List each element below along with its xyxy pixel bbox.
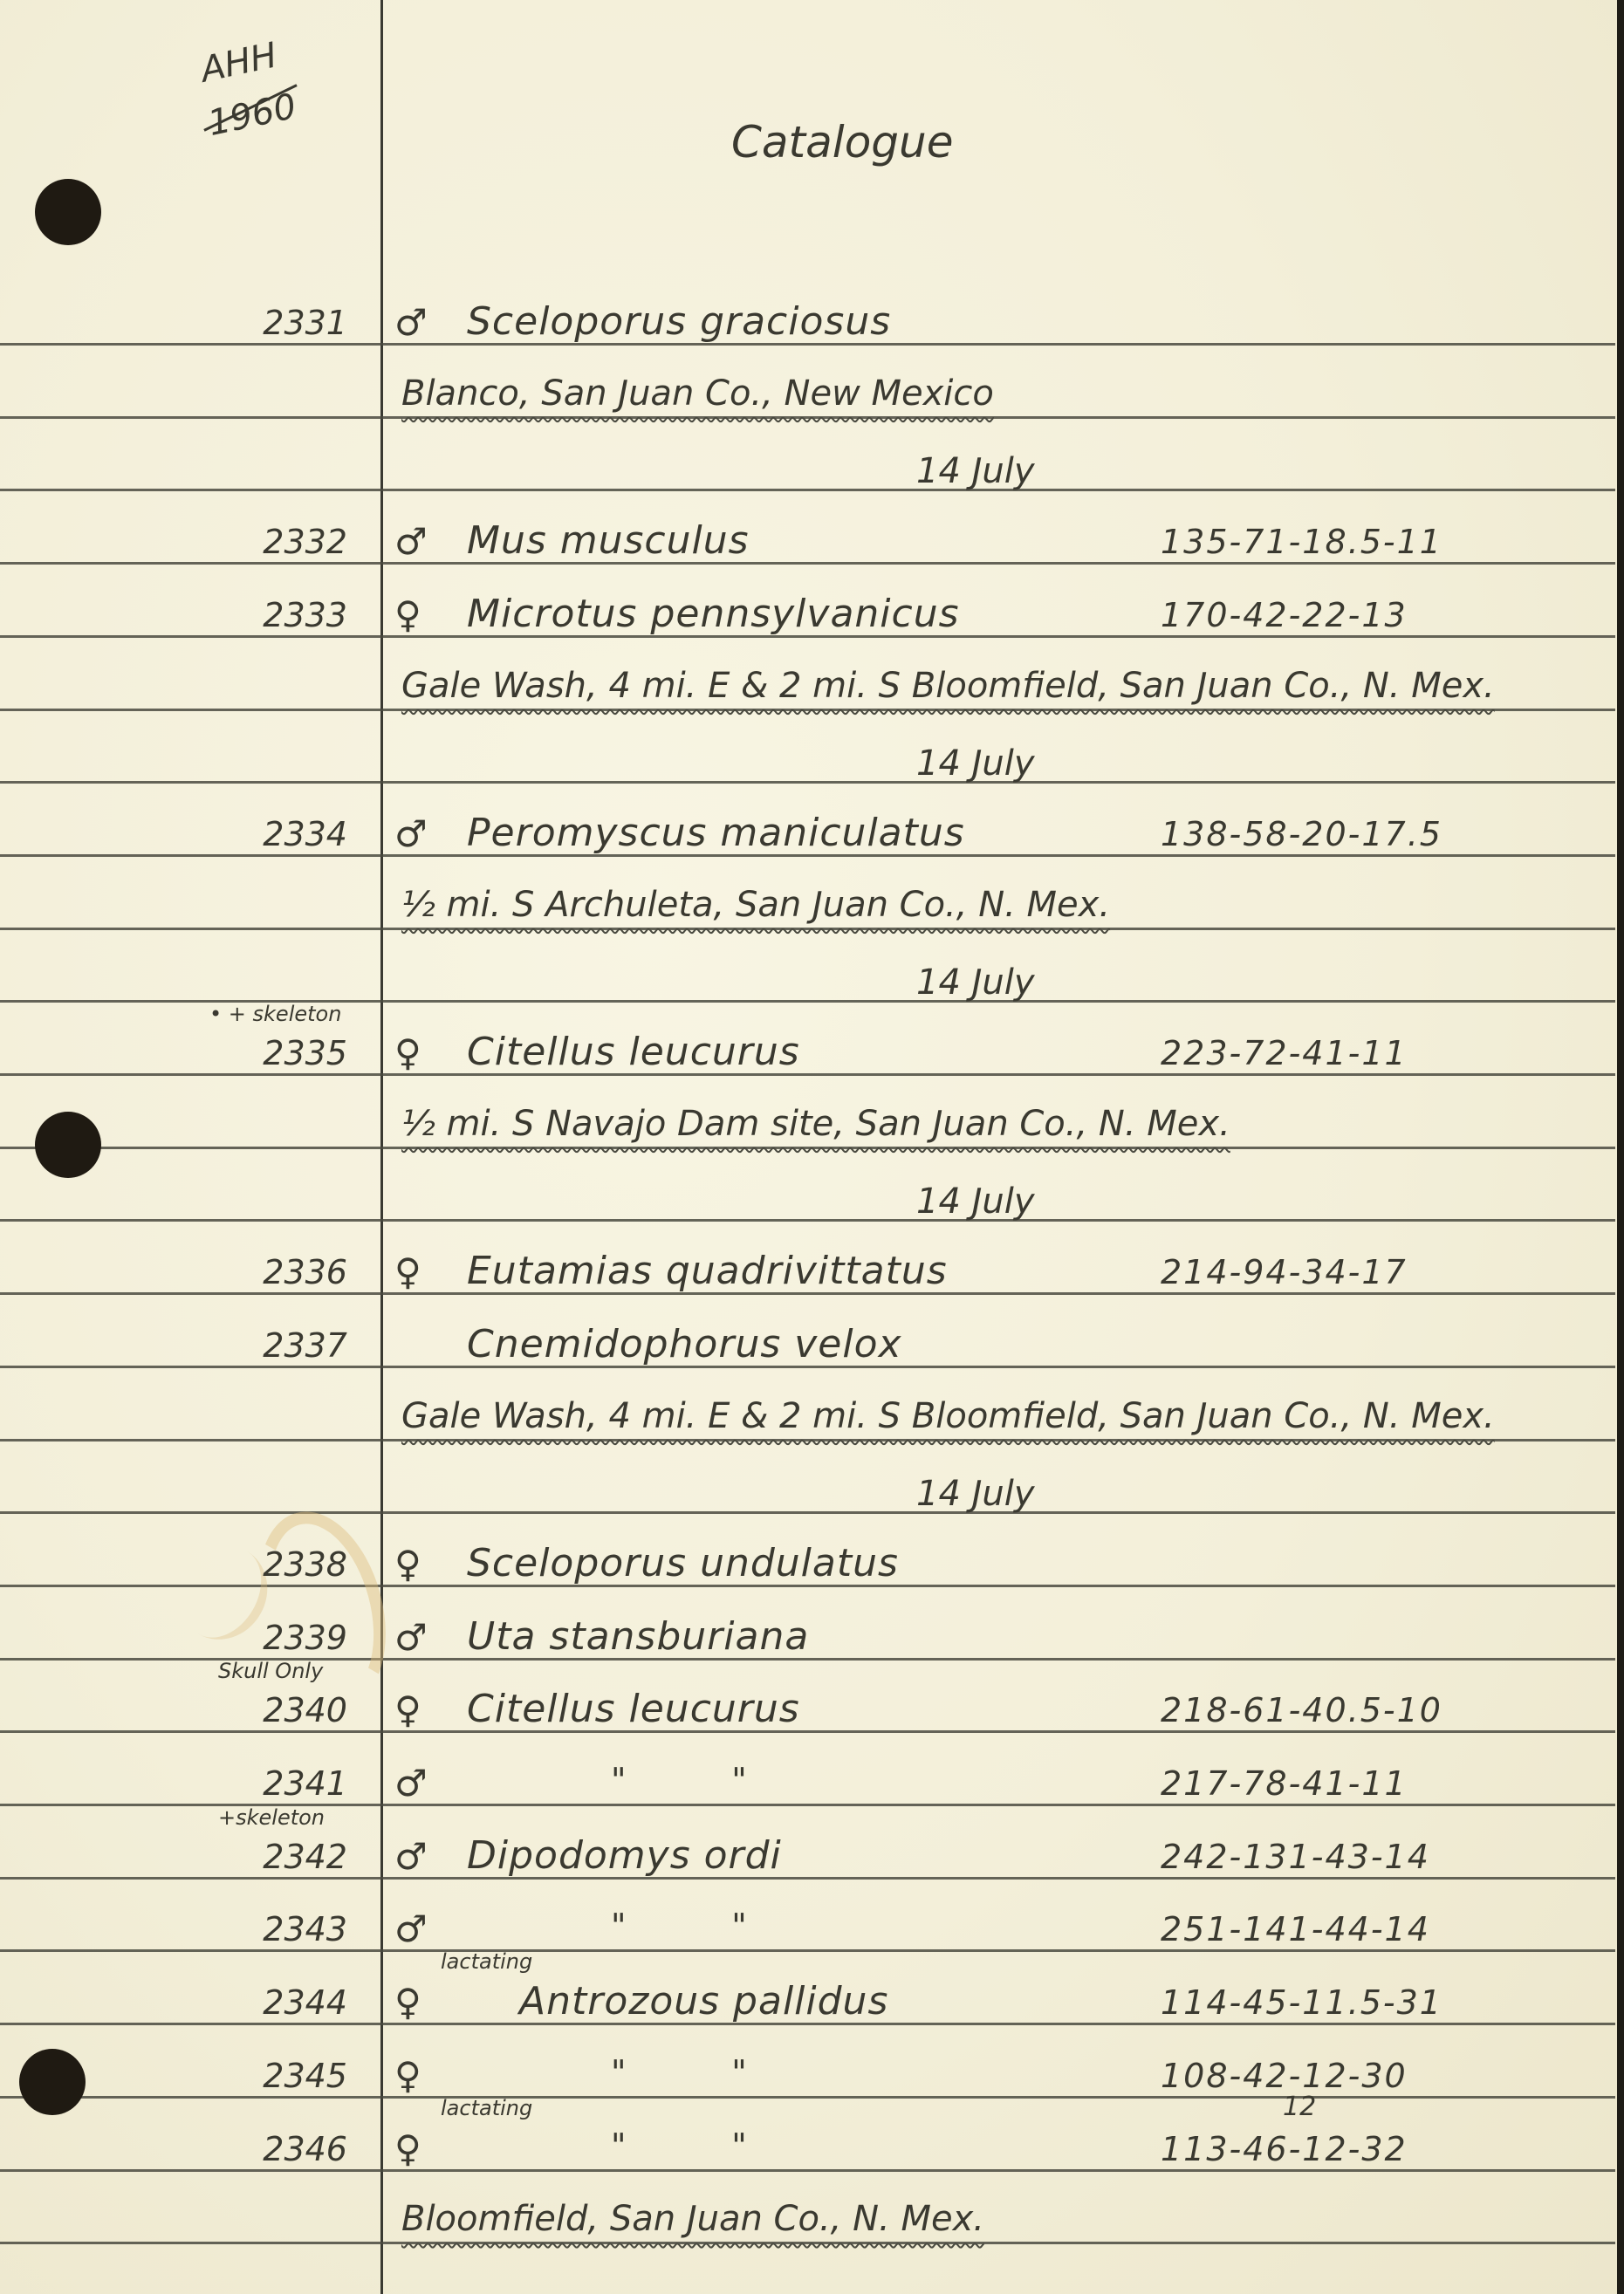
measurements: 214-94-34-17 <box>1161 1256 1408 1289</box>
catalog-number: 2338 <box>190 1548 347 1581</box>
locality: ½ mi. S Navajo Dam site, San Juan Co., N… <box>401 1106 1230 1141</box>
species-name: Citellus leucurus <box>467 1690 800 1729</box>
ruled-line <box>0 1439 1615 1441</box>
measurements: 170-42-22-13 <box>1161 599 1408 632</box>
catalog-number: 2333 <box>190 599 347 632</box>
catalog-number: 2332 <box>190 525 347 558</box>
species-name: Citellus leucurus <box>467 1033 800 1072</box>
punch-hole-top <box>35 179 101 245</box>
page-edge <box>1617 0 1624 2294</box>
catalog-number: 2346 <box>190 2133 347 2166</box>
catalog-number: 2334 <box>190 818 347 851</box>
specimen-note: +skeleton <box>218 1807 325 1828</box>
female-symbol-icon: ♀ <box>394 1035 421 1072</box>
female-symbol-icon: ♀ <box>394 1984 421 2021</box>
condition-note: lactating <box>441 1951 532 1972</box>
punch-hole-bottom <box>19 2049 86 2115</box>
catalog-number: 2339 <box>190 1621 347 1654</box>
species-name: Antrozous pallidus <box>519 1982 888 2021</box>
species-name: Uta stansburiana <box>467 1618 809 1656</box>
measurements: 114-45-11.5-31 <box>1161 1986 1442 2019</box>
measurements: 108-42-12-30 <box>1161 2059 1408 2092</box>
species-name: Peromyscus maniculatus <box>467 814 965 853</box>
ruled-line <box>0 709 1615 711</box>
catalog-number: 2335 <box>190 1037 347 1070</box>
species-name: Microtus pennsylvanicus <box>467 595 960 633</box>
ruled-line <box>0 1730 1615 1733</box>
ruled-line <box>0 2169 1615 2172</box>
male-symbol-icon: ♂ <box>394 816 428 853</box>
locality: Gale Wash, 4 mi. E & 2 mi. S Bloomfield,… <box>401 668 1495 703</box>
collection-date: 14 July <box>916 454 1035 489</box>
catalog-number: 2341 <box>190 1767 347 1800</box>
measurements: 223-72-41-11 <box>1161 1037 1408 1070</box>
collection-date: 14 July <box>916 1476 1035 1511</box>
female-symbol-icon: ♀ <box>394 1546 421 1583</box>
measurements: 135-71-18.5-11 <box>1161 525 1442 558</box>
catalog-number: 2343 <box>190 1913 347 1946</box>
catalogue-page: AHH 1960 Catalogue 2331♂Sceloporus graci… <box>0 0 1624 2294</box>
specimen-note: • + skeleton <box>209 1003 341 1024</box>
species-name: Eutamias quadrivittatus <box>467 1252 948 1291</box>
ruled-line <box>0 562 1615 565</box>
collection-year: 1960 <box>205 89 299 141</box>
collection-date: 14 July <box>916 965 1035 1000</box>
catalog-number: 2340 <box>190 1694 347 1727</box>
species-name: " " <box>611 1763 747 1797</box>
ruled-line <box>0 416 1615 419</box>
condition-note: lactating <box>441 2098 532 2119</box>
female-symbol-icon: ♀ <box>394 1254 421 1291</box>
male-symbol-icon: ♂ <box>394 1911 428 1948</box>
measurements: 217-78-41-11 <box>1161 1767 1408 1800</box>
species-name: " " <box>611 2056 747 2089</box>
locality: Bloomfield, San Juan Co., N. Mex. <box>401 2202 984 2236</box>
male-symbol-icon: ♂ <box>394 1619 428 1656</box>
species-name: Cnemidophorus velox <box>467 1325 902 1364</box>
catalog-number: 2345 <box>190 2059 347 2092</box>
ruled-line <box>0 1511 1615 1514</box>
ruled-line <box>0 1147 1615 1149</box>
specimen-note: Skull Only <box>218 1661 323 1681</box>
male-symbol-icon: ♂ <box>394 305 428 341</box>
catalog-number: 2344 <box>190 1986 347 2019</box>
female-symbol-icon: ♀ <box>394 2058 421 2094</box>
male-symbol-icon: ♂ <box>394 524 428 560</box>
measurement-correction: 12 <box>1283 2094 1316 2120</box>
measurements: 218-61-40.5-10 <box>1161 1694 1442 1727</box>
ruled-line <box>0 781 1615 784</box>
ruled-line <box>0 1949 1615 1952</box>
ruled-line <box>0 1219 1615 1222</box>
page-title: Catalogue <box>731 120 953 164</box>
female-symbol-icon: ♀ <box>394 2131 421 2167</box>
catalog-number: 2331 <box>190 306 347 339</box>
ruled-line <box>0 928 1615 930</box>
locality: ½ mi. S Archuleta, San Juan Co., N. Mex. <box>401 887 1110 922</box>
punch-hole-middle <box>35 1112 101 1178</box>
species-name: Sceloporus graciosus <box>467 303 891 341</box>
female-symbol-icon: ♀ <box>394 1692 421 1729</box>
species-name: " " <box>611 2129 747 2162</box>
ruled-line <box>0 489 1615 491</box>
male-symbol-icon: ♂ <box>394 1765 428 1802</box>
species-name: " " <box>611 1909 747 1942</box>
ruled-line <box>0 1877 1615 1880</box>
measurements: 251-141-44-14 <box>1161 1913 1430 1946</box>
ruled-line <box>0 2242 1615 2244</box>
male-symbol-icon: ♂ <box>394 1839 428 1875</box>
catalog-number: 2336 <box>190 1256 347 1289</box>
species-name: Mus musculus <box>467 522 750 560</box>
collector-initials: AHH <box>198 38 280 87</box>
ruled-line <box>0 1073 1615 1076</box>
catalog-number: 2342 <box>190 1840 347 1873</box>
measurements: 113-46-12-32 <box>1161 2133 1408 2166</box>
ruled-line <box>0 2096 1615 2099</box>
collection-date: 14 July <box>916 1184 1035 1219</box>
catalog-number: 2337 <box>190 1329 347 1362</box>
species-name: Sceloporus undulatus <box>467 1544 899 1583</box>
measurements: 242-131-43-14 <box>1161 1840 1430 1873</box>
measurements: 138-58-20-17.5 <box>1161 818 1442 851</box>
collection-date: 14 July <box>916 746 1035 781</box>
locality: Gale Wash, 4 mi. E & 2 mi. S Bloomfield,… <box>401 1399 1495 1434</box>
locality: Blanco, San Juan Co., New Mexico <box>401 376 994 411</box>
species-name: Dipodomys ordi <box>467 1837 782 1875</box>
female-symbol-icon: ♀ <box>394 597 421 633</box>
